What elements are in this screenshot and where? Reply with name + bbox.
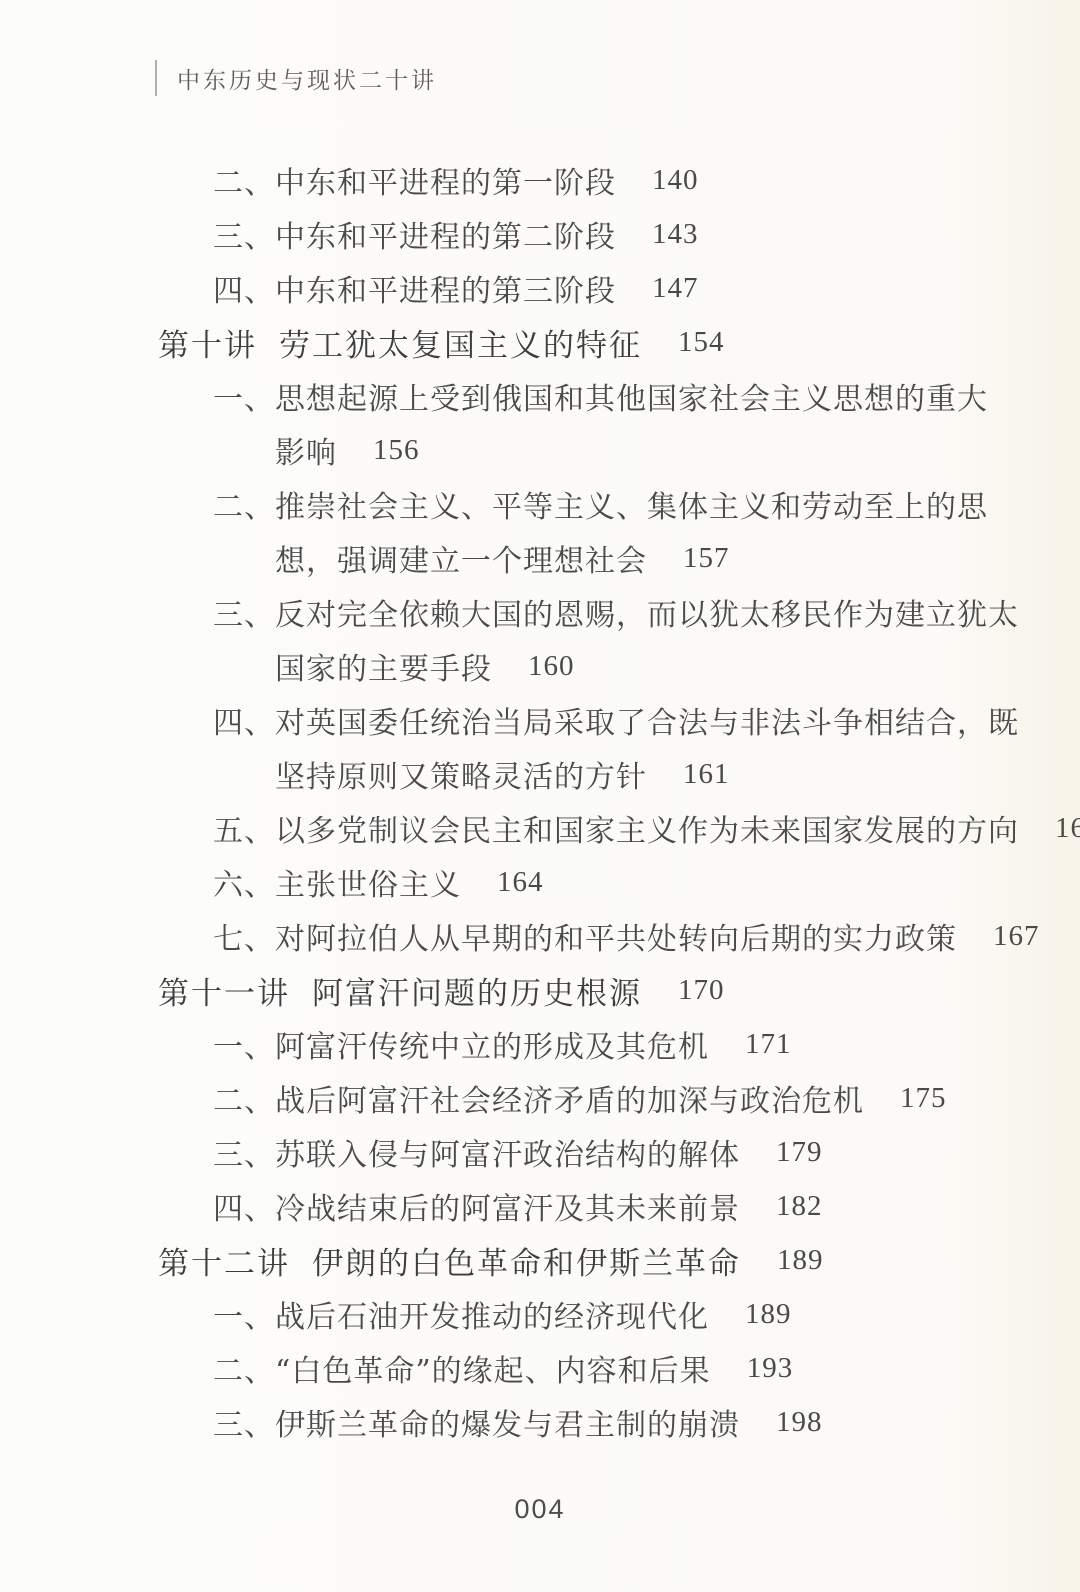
toc-entry: 三、苏联入侵与阿富汗政治结构的解体 179 [0,1125,1080,1179]
toc-entry-page-number: 161 [683,758,730,791]
toc-entry: 一、战后石油开发推动的经济现代化 189 [0,1287,1080,1341]
toc-entry: 二、推崇社会主义、平等主义、集体主义和劳动至上的思 [0,477,1080,531]
toc-entry-page-number: 162 [1055,812,1080,845]
toc-entry-page-number: 157 [683,542,730,575]
toc-entry: 七、对阿拉伯人从早期的和平共处转向后期的实力政策 167 [0,909,1080,963]
toc-entry-text: 五、以多党制议会民主和国家主义作为未来国家发展的方向 [213,806,1019,850]
toc-entry-text: 三、伊斯兰革命的爆发与君主制的崩溃 [213,1400,740,1444]
toc-entry: 二、中东和平进程的第一阶段 140 [0,153,1080,207]
toc-entry-page-number: 175 [900,1082,947,1115]
toc-entry: 一、思想起源上受到俄国和其他国家社会主义思想的重大 [0,369,1080,423]
toc-entry-text: 二、“白色革命”的缘起、内容和后果 [213,1346,711,1390]
toc-entry: 一、阿富汗传统中立的形成及其危机 171 [0,1017,1080,1071]
running-header: 中东历史与现状二十讲 [155,60,437,96]
toc-entry-text: 二、战后阿富汗社会经济矛盾的加深与政治危机 [213,1076,864,1120]
toc-entry-continuation: 影响 156 [0,423,1080,477]
toc-entry-text: 七、对阿拉伯人从早期的和平共处转向后期的实力政策 [213,914,957,958]
toc-entry-page-number: 164 [497,866,544,899]
toc-entry: 三、中东和平进程的第二阶段 143 [0,207,1080,261]
toc-entry: 二、“白色革命”的缘起、内容和后果 193 [0,1341,1080,1395]
toc-entry-text: 一、战后石油开发推动的经济现代化 [213,1292,709,1336]
toc-chapter-entry: 第十讲 劳工犹太复国主义的特征 154 [0,315,1080,369]
toc-entry-page-number: 189 [745,1298,792,1331]
toc-entry-continuation: 想，强调建立一个理想社会 157 [0,531,1080,585]
toc-entry-page-number: 143 [652,218,699,251]
toc-entry-text: 二、中东和平进程的第一阶段 [213,158,616,202]
chapter-title: 伊朗的白色革命和伊斯兰革命 [312,1238,741,1283]
toc-entry: 四、冷战结束后的阿富汗及其未来前景 182 [0,1179,1080,1233]
toc-chapter-entry: 第十二讲 伊朗的白色革命和伊斯兰革命 189 [0,1233,1080,1287]
footer-page-number: 004 [514,1494,565,1524]
toc-entry-text: 三、反对完全依赖大国的恩赐，而以犹太移民作为建立犹太 [213,590,1019,634]
toc-chapter-entry: 第十一讲 阿富汗问题的历史根源 170 [0,963,1080,1017]
toc-entry-page-number: 193 [747,1352,794,1385]
toc-entry-page-number: 182 [776,1190,823,1223]
toc-entry-text: 四、中东和平进程的第三阶段 [213,266,616,310]
toc-entry-text: 影响 [275,428,337,472]
toc-entry-page-number: 179 [776,1136,823,1169]
toc-entry-text: 三、中东和平进程的第二阶段 [213,212,616,256]
toc-entry-text: 一、思想起源上受到俄国和其他国家社会主义思想的重大 [213,374,988,418]
toc-entry: 四、对英国委任统治当局采取了合法与非法斗争相结合，既 [0,693,1080,747]
toc-entry-page-number: 171 [745,1028,792,1061]
footer: 004 [0,1494,1080,1525]
toc-entry-page-number: 189 [777,1244,824,1277]
toc-entry: 二、战后阿富汗社会经济矛盾的加深与政治危机 175 [0,1071,1080,1125]
chapter-title: 阿富汗问题的历史根源 [312,968,642,1013]
toc-entry: 三、反对完全依赖大国的恩赐，而以犹太移民作为建立犹太 [0,585,1080,639]
toc-entry-text: 二、推崇社会主义、平等主义、集体主义和劳动至上的思 [213,482,988,526]
toc-entry-text: 想，强调建立一个理想社会 [275,536,647,580]
toc-entry: 三、伊斯兰革命的爆发与君主制的崩溃 198 [0,1395,1080,1449]
toc-entry: 五、以多党制议会民主和国家主义作为未来国家发展的方向 162 [0,801,1080,855]
toc-entry-page-number: 156 [373,434,420,467]
toc-entry-page-number: 170 [678,974,725,1007]
toc-entry-page-number: 140 [652,164,699,197]
toc-entry-text: 三、苏联入侵与阿富汗政治结构的解体 [213,1130,740,1174]
chapter-number: 第十二讲 [158,1238,290,1283]
toc-entry: 四、中东和平进程的第三阶段 147 [0,261,1080,315]
toc-entry-page-number: 167 [993,920,1040,953]
toc-entry-page-number: 198 [776,1406,823,1439]
header-rule [155,60,157,96]
table-of-contents: 二、中东和平进程的第一阶段 140 三、中东和平进程的第二阶段 143 四、中东… [0,153,1080,1449]
toc-entry-continuation: 国家的主要手段 160 [0,639,1080,693]
toc-entry-text: 一、阿富汗传统中立的形成及其危机 [213,1022,709,1066]
toc-entry-text: 坚持原则又策略灵活的方针 [275,752,647,796]
toc-entry-text: 国家的主要手段 [275,644,492,688]
toc-entry-text: 四、冷战结束后的阿富汗及其未来前景 [213,1184,740,1228]
toc-entry-page-number: 147 [652,272,699,305]
toc-entry-page-number: 160 [528,650,575,683]
chapter-title: 劳工犹太复国主义的特征 [279,320,642,365]
toc-entry-text: 六、主张世俗主义 [213,860,461,904]
running-header-title: 中东历史与现状二十讲 [177,62,437,95]
toc-entry: 六、主张世俗主义 164 [0,855,1080,909]
chapter-number: 第十一讲 [158,968,290,1013]
toc-entry-text: 四、对英国委任统治当局采取了合法与非法斗争相结合，既 [213,698,1019,742]
toc-entry-page-number: 154 [678,326,725,359]
chapter-number: 第十讲 [158,320,257,365]
toc-entry-continuation: 坚持原则又策略灵活的方针 161 [0,747,1080,801]
